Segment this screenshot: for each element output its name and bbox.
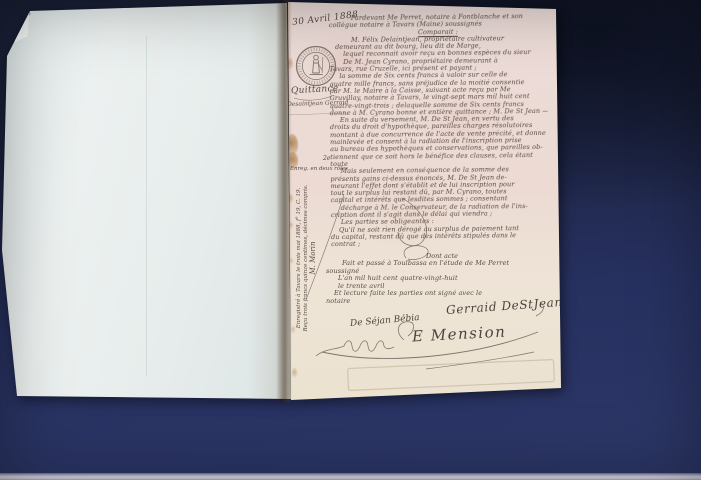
foxing-stain bbox=[289, 222, 293, 229]
foxing-stain bbox=[287, 58, 293, 70]
signature-e-mension: E Mension bbox=[412, 323, 507, 346]
signature-de-sejan-bebia: De Séjan Bébia bbox=[350, 313, 420, 329]
foxing-stain bbox=[290, 258, 293, 264]
foxing-stain bbox=[288, 194, 293, 203]
foxing-stain bbox=[291, 326, 295, 334]
archive-photo-background: 30 Avril 1888 Quittance Desaintjean Gerr… bbox=[0, 0, 701, 480]
closing-line: Et lecture faite les parties ont signé a… bbox=[334, 290, 554, 298]
manuscript-content: 30 Avril 1888 Quittance Desaintjean Gerr… bbox=[286, 0, 562, 402]
foxing-stain bbox=[292, 368, 297, 378]
manuscript-right-page: 30 Avril 1888 Quittance Desaintjean Gerr… bbox=[286, 0, 562, 402]
registration-margin-note: Enregistré à Tavars le trois mai 1888, f… bbox=[296, 178, 320, 338]
left-page-paper bbox=[0, 0, 292, 402]
embossed-stamp-imprint bbox=[348, 360, 555, 391]
closing-line: Fait et passé à Toulbassa en l'étude de … bbox=[342, 260, 554, 268]
registration-signature: M. Morin bbox=[310, 178, 317, 338]
registration-note-line1: Enregistré à Tavars le trois mai 1888, f… bbox=[296, 178, 303, 338]
manuscript-body: Pardevant Me Perret, notaire à Fontblanc… bbox=[329, 13, 550, 256]
left-page-crease bbox=[146, 36, 147, 376]
table-edge-strip bbox=[0, 473, 701, 480]
blank-left-page bbox=[0, 0, 292, 402]
